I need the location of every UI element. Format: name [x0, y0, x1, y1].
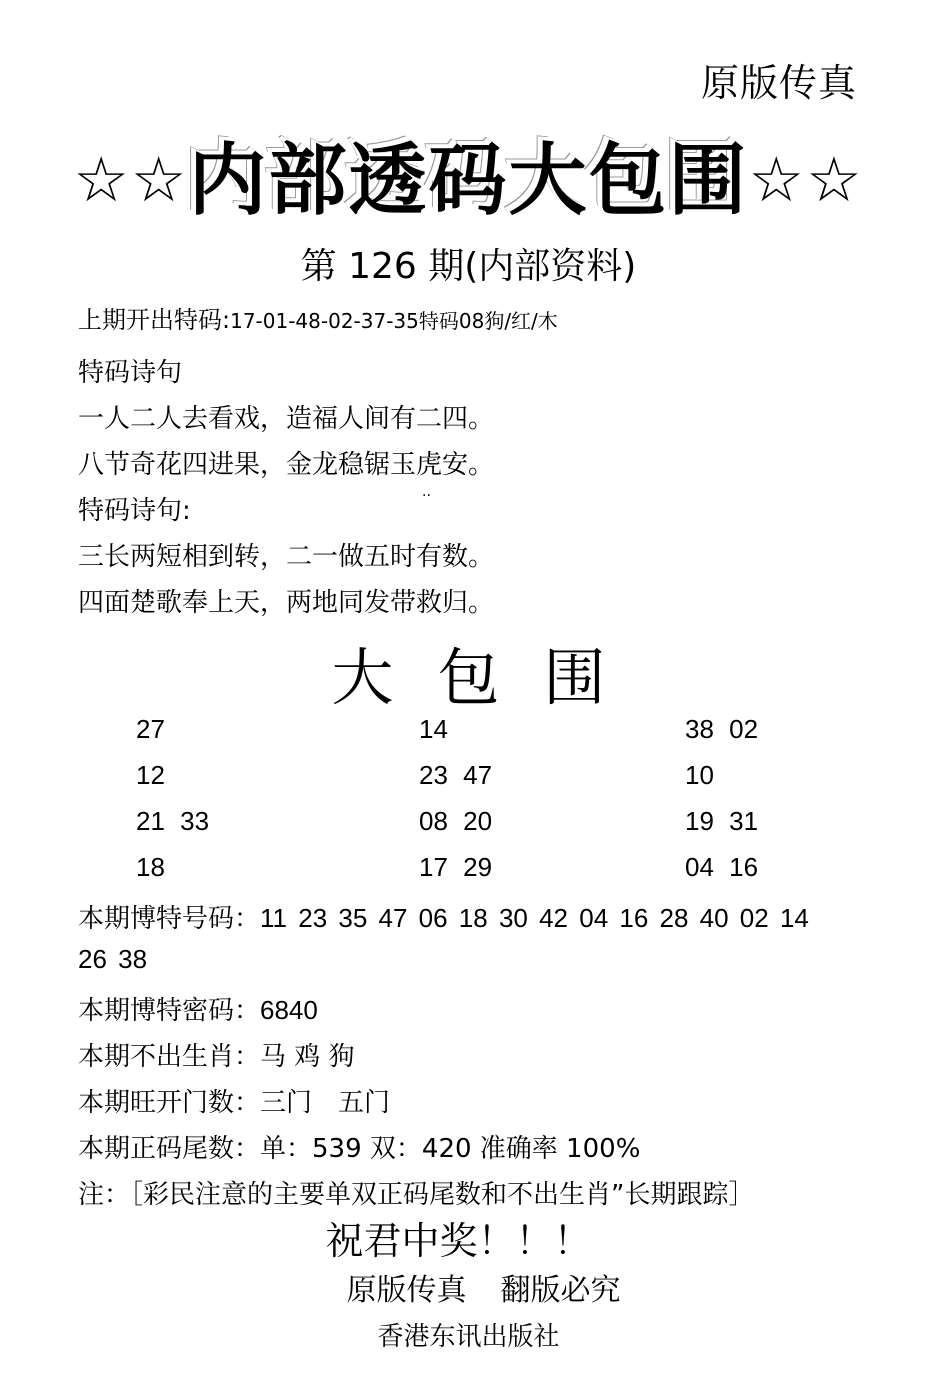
- tail-numbers-value: 单：539 双：420 准确率 100%: [260, 1134, 640, 1164]
- excluded-zodiac: 本期不出生肖：马 鸡 狗: [78, 1036, 355, 1073]
- top-right-label: 原版传真: [701, 52, 857, 107]
- grid-cell: 19 31: [685, 806, 758, 837]
- copyright-right: 翻版必究: [501, 1273, 621, 1308]
- note: 注：［彩民注意的主要单双正码尾数和不出生肖”长期跟踪］: [78, 1174, 754, 1211]
- secret-code-value: 6840: [260, 995, 318, 1025]
- poem-line: 一人二人去看戏，造福人间有二四。: [78, 398, 494, 435]
- grid-cell: 10: [685, 760, 714, 791]
- publisher: 香港东讯出版社: [0, 1316, 937, 1353]
- copyright-left: 原版传真: [347, 1273, 467, 1308]
- grid-cell: 08 20: [419, 806, 492, 837]
- grid-cell: 23 47: [419, 760, 492, 791]
- last-draw-label: 上期开出特码:: [78, 306, 230, 334]
- grid-cell: 12: [136, 760, 165, 791]
- issue-number: 第 126 期(内部资料): [0, 238, 937, 289]
- last-draw-value: 17-01-48-02-37-35特码08狗/红/木: [230, 309, 558, 333]
- tail-numbers-label: 本期正码尾数：: [78, 1134, 260, 1164]
- hot-gates: 本期旺开门数：三门 五门: [78, 1082, 390, 1119]
- main-title-text: 内部透码大包围: [188, 135, 748, 226]
- special-numbers-label: 本期博特号码：: [78, 904, 260, 934]
- star-icon-right: ☆☆: [749, 143, 864, 216]
- poem-title: 特码诗句:: [78, 490, 191, 527]
- hot-gates-value: 三门 五门: [260, 1088, 390, 1118]
- tail-numbers: 本期正码尾数：单：539 双：420 准确率 100%: [78, 1128, 640, 1165]
- poem-title: 特码诗句: [78, 352, 182, 389]
- hot-gates-label: 本期旺开门数：: [78, 1088, 260, 1118]
- grid-cell: 14: [419, 714, 448, 745]
- last-draw: 上期开出特码:17-01-48-02-37-35特码08狗/红/木: [78, 300, 558, 335]
- copyright-line: 原版传真翻版必究: [0, 1265, 937, 1309]
- secret-code: 本期博特密码：6840: [78, 990, 318, 1027]
- star-icon-left: ☆☆: [73, 143, 188, 216]
- secret-code-label: 本期博特密码：: [78, 996, 260, 1026]
- grid-cell: 38 02: [685, 714, 758, 745]
- main-title: ☆☆内部透码大包围☆☆: [0, 118, 937, 230]
- special-numbers: 本期博特号码：11 23 35 47 06 18 30 42 04 16 28 …: [78, 898, 809, 935]
- special-numbers-value: 11 23 35 47 06 18 30 42 04 16 28 40 02 1…: [260, 903, 809, 933]
- poem-line: 四面楚歌奉上天，两地同发带救归。: [78, 582, 494, 619]
- grid-cell: 18: [136, 852, 165, 883]
- poem-line: 三长两短相到转，二一做五时有数。: [78, 536, 494, 573]
- special-numbers-continued: 26 38: [78, 944, 147, 975]
- stray-mark: ··: [422, 488, 431, 504]
- grid-cell: 21 33: [136, 806, 209, 837]
- excluded-zodiac-label: 本期不出生肖：: [78, 1042, 260, 1072]
- grid-cell: 27: [136, 714, 165, 745]
- grid-cell: 17 29: [419, 852, 492, 883]
- excluded-zodiac-value: 马 鸡 狗: [260, 1042, 355, 1072]
- grid-cell: 04 16: [685, 852, 758, 883]
- poem-line: 八节奇花四进果，金龙稳锯玉虎安。: [78, 444, 494, 481]
- congrats-text: 祝君中奖！！！: [0, 1210, 937, 1265]
- section-title-big-encircle: 大包围: [0, 628, 937, 717]
